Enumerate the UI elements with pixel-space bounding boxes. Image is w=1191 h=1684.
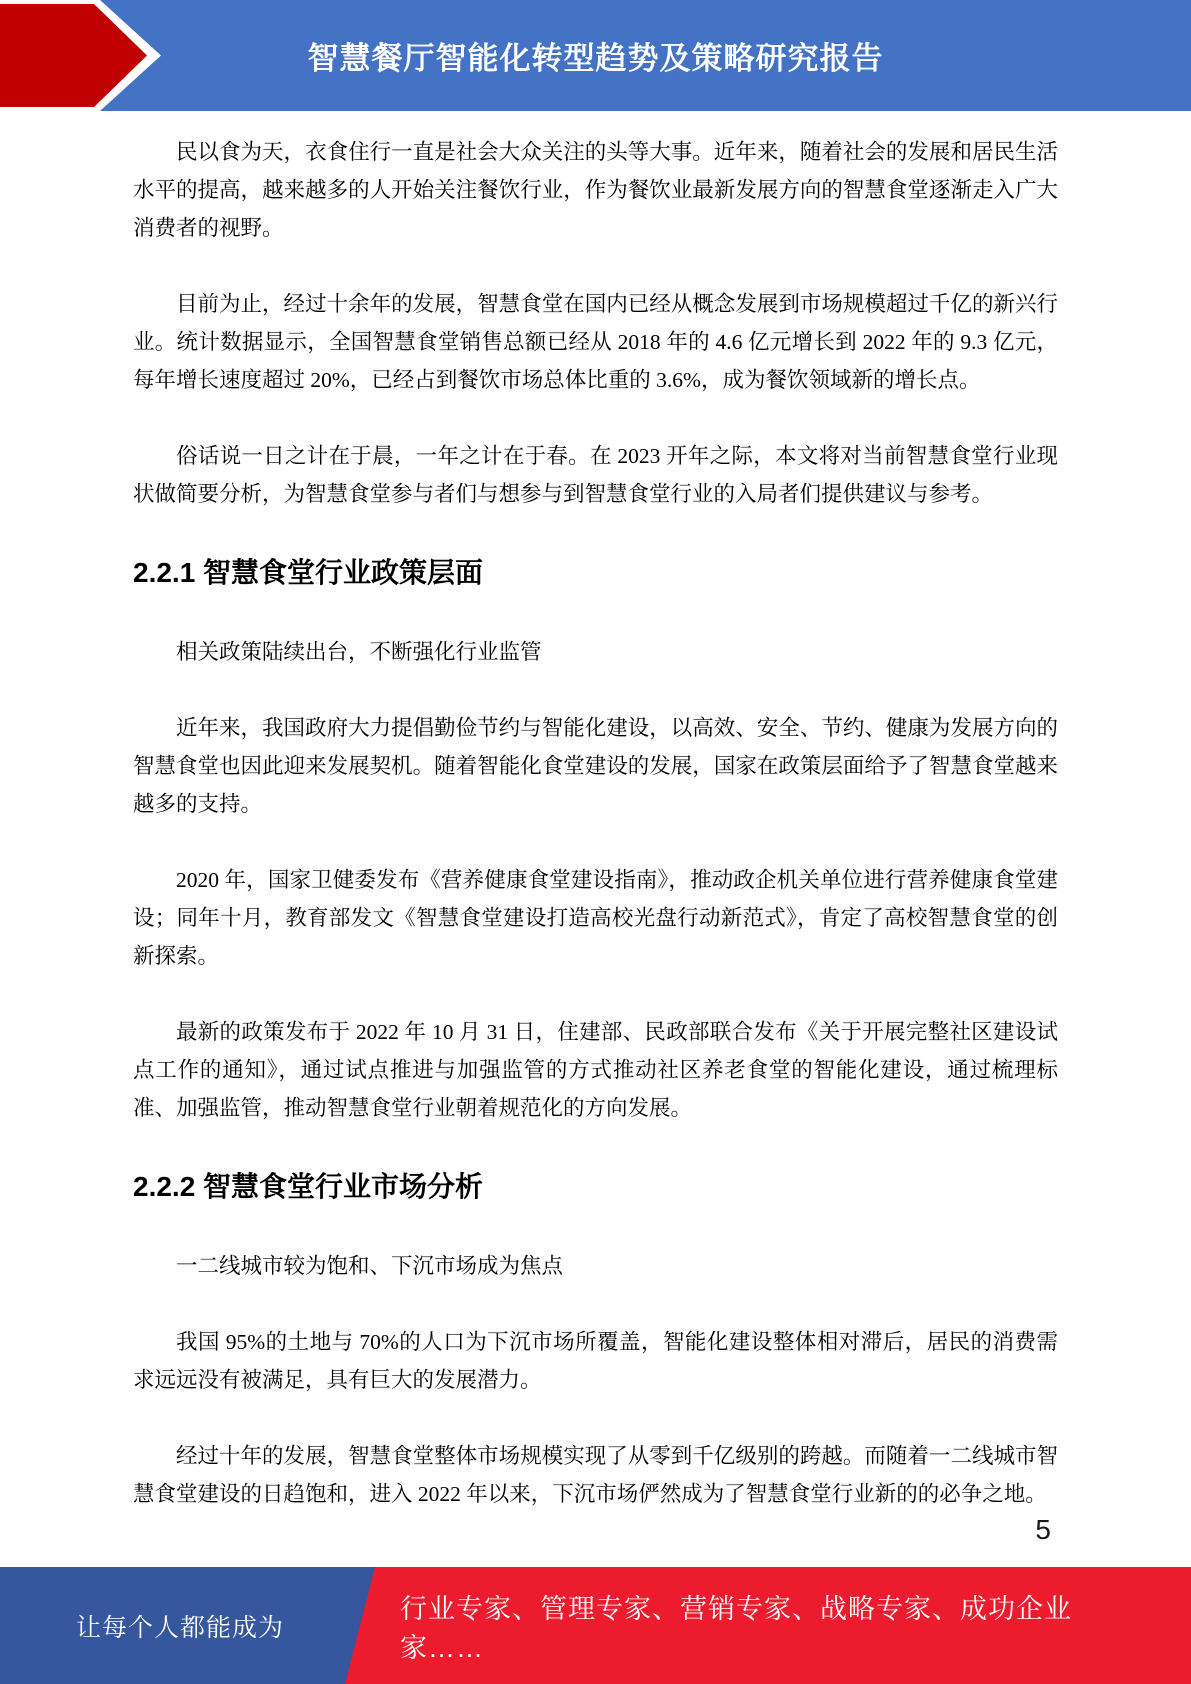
section-heading-policy: 2.2.1 智慧食堂行业政策层面: [133, 551, 1058, 595]
paragraph-market-size: 目前为止，经过十余年的发展，智慧食堂在国内已经从概念发展到市场规模超过千亿的新兴…: [133, 285, 1058, 399]
subheading-policy: 相关政策陆续出台，不断强化行业监管: [133, 633, 1058, 671]
paragraph-policy-support: 近年来，我国政府大力提倡勤俭节约与智能化建设，以高效、安全、节约、健康为发展方向…: [133, 709, 1058, 823]
paragraph-sinking-market: 我国 95%的土地与 70%的人口为下沉市场所覆盖，智能化建设整体相对滞后，居民…: [133, 1323, 1058, 1399]
page-header: 智慧餐厅智能化转型趋势及策略研究报告: [0, 0, 1191, 111]
page-title: 智慧餐厅智能化转型趋势及策略研究报告: [0, 0, 1191, 111]
footer-slogan-right: 行业专家、管理专家、营销专家、战略专家、成功企业家……: [400, 1567, 1151, 1684]
report-page: 智慧餐厅智能化转型趋势及策略研究报告 民以食为天，衣食住行一直是社会大众关注的头…: [0, 0, 1191, 1684]
paragraph-market-growth: 经过十年的发展，智慧食堂整体市场规模实现了从零到千亿级别的跨越。而随着一二线城市…: [133, 1437, 1058, 1513]
document-body: 民以食为天，衣食住行一直是社会大众关注的头等大事。近年来，随着社会的发展和居民生…: [133, 133, 1058, 1551]
page-number: 5: [1035, 1514, 1051, 1546]
paragraph-intro: 民以食为天，衣食住行一直是社会大众关注的头等大事。近年来，随着社会的发展和居民生…: [133, 133, 1058, 247]
paragraph-policy-2022: 最新的政策发布于 2022 年 10 月 31 日，住建部、民政部联合发布《关于…: [133, 1013, 1058, 1127]
subheading-market: 一二线城市较为饱和、下沉市场成为焦点: [133, 1247, 1058, 1285]
page-footer: 让每个人都能成为 行业专家、管理专家、营销专家、战略专家、成功企业家……: [0, 1567, 1191, 1684]
section-heading-market: 2.2.2 智慧食堂行业市场分析: [133, 1165, 1058, 1209]
footer-slogan-left: 让每个人都能成为: [0, 1567, 360, 1684]
paragraph-policy-2020: 2020 年，国家卫健委发布《营养健康食堂建设指南》，推动政企机关单位进行营养健…: [133, 861, 1058, 975]
paragraph-outlook: 俗话说一日之计在于晨，一年之计在于春。在 2023 开年之际，本文将对当前智慧食…: [133, 437, 1058, 513]
